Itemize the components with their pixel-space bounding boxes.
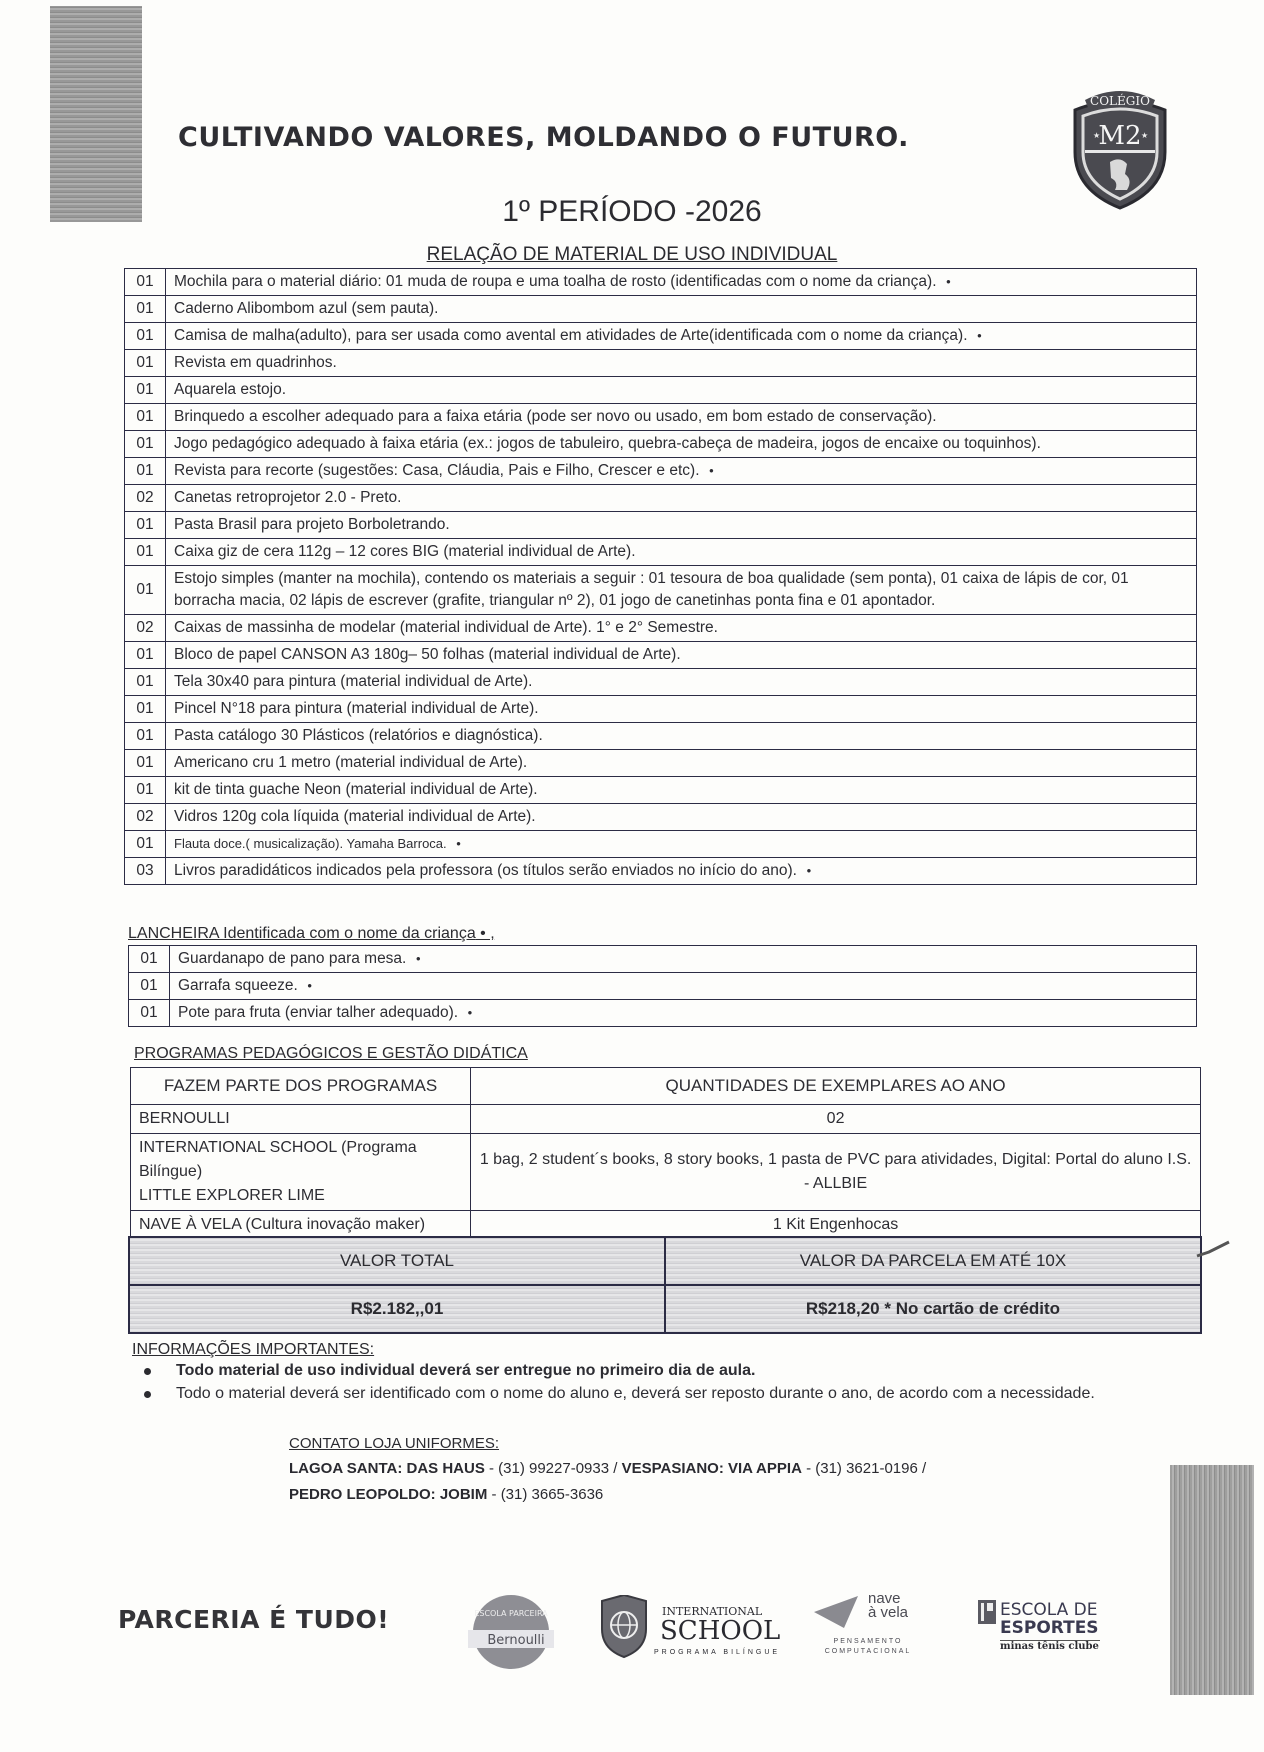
contact-line-2: PEDRO LEOPOLDO: JOBIM - (31) 3665-3636 xyxy=(289,1486,603,1503)
svg-text:★: ★ xyxy=(1141,131,1148,140)
table-row: 01Mochila para o material diário: 01 mud… xyxy=(125,269,1197,296)
item-description: Caixa giz de cera 112g – 12 cores BIG (m… xyxy=(166,539,1197,566)
item-description: Vidros 120g cola líquida (material indiv… xyxy=(166,804,1197,831)
programs-header-quantity: QUANTIDADES DE EXEMPLARES AO ANO xyxy=(471,1068,1201,1105)
svg-text:ESCOLA PARCEIRA: ESCOLA PARCEIRA xyxy=(474,1609,548,1618)
item-quantity: 01 xyxy=(125,642,166,669)
item-quantity: 01 xyxy=(125,350,166,377)
table-row: 01Pote para fruta (enviar talher adequad… xyxy=(129,1000,1197,1027)
lunchbox-table: 01Guardanapo de pano para mesa.01Garrafa… xyxy=(128,945,1197,1027)
item-description: Tela 30x40 para pintura (material indivi… xyxy=(166,669,1197,696)
bernoulli-partner-logo: ESCOLA PARCEIRA Bernoulli xyxy=(462,1592,560,1672)
svg-text:Bernoulli: Bernoulli xyxy=(487,1633,544,1648)
scan-artifact-left xyxy=(50,6,142,222)
program-quantity: 1 bag, 2 student´s books, 8 story books,… xyxy=(471,1134,1201,1211)
colegio-m2-crest-logo: COLÉGIO M2 ★ ★ xyxy=(1055,82,1185,212)
table-row: 01Garrafa squeeze. xyxy=(129,973,1197,1000)
paper-plane-icon xyxy=(814,1596,858,1628)
table-row: 01Caderno Alibombom azul (sem pauta). xyxy=(125,296,1197,323)
table-row: 01Pincel N°18 para pintura (material ind… xyxy=(125,696,1197,723)
item-quantity: 01 xyxy=(125,512,166,539)
item-quantity: 01 xyxy=(125,723,166,750)
table-row: 01Revista para recorte (sugestões: Casa,… xyxy=(125,458,1197,485)
item-quantity: 01 xyxy=(125,377,166,404)
table-row: 01kit de tinta guache Neon (material ind… xyxy=(125,777,1197,804)
table-row: 01Guardanapo de pano para mesa. xyxy=(129,946,1197,973)
table-row: 01Caixa giz de cera 112g – 12 cores BIG … xyxy=(125,539,1197,566)
table-row: 01Estojo simples (manter na mochila), co… xyxy=(125,566,1197,615)
svg-text:M2: M2 xyxy=(1098,121,1141,151)
contact-line-1: LAGOA SANTA: DAS HAUS - (31) 99227-0933 … xyxy=(289,1460,926,1477)
item-description: Pincel N°18 para pintura (material indiv… xyxy=(166,696,1197,723)
table-row: 01Jogo pedagógico adequado à faixa etári… xyxy=(125,431,1197,458)
globe-shield-icon xyxy=(598,1595,650,1659)
table-row: 01Aquarela estojo. xyxy=(125,377,1197,404)
program-name: INTERNATIONAL SCHOOL (Programa Bilíngue)… xyxy=(131,1134,471,1211)
programs-header-name: FAZEM PARTE DOS PROGRAMAS xyxy=(131,1068,471,1105)
item-description: Bloco de papel CANSON A3 180g– 50 folhas… xyxy=(166,642,1197,669)
table-row: 01Flauta doce.( musicalização). Yamaha B… xyxy=(125,831,1197,858)
item-description: Camisa de malha(adulto), para ser usada … xyxy=(166,323,1197,350)
item-quantity: 01 xyxy=(125,404,166,431)
info-item: Todo material de uso individual deverá s… xyxy=(142,1360,1142,1381)
item-quantity: 01 xyxy=(125,696,166,723)
table-row: 01Brinquedo a escolher adequado para a f… xyxy=(125,404,1197,431)
item-quantity: 01 xyxy=(129,973,170,1000)
contact-title: CONTATO LOJA UNIFORMES: xyxy=(289,1435,499,1452)
programs-table: FAZEM PARTE DOS PROGRAMAS QUANTIDADES DE… xyxy=(130,1067,1201,1240)
item-quantity: 02 xyxy=(125,615,166,642)
program-name: BERNOULLI xyxy=(131,1105,471,1134)
item-description: Americano cru 1 metro (material individu… xyxy=(166,750,1197,777)
item-quantity: 01 xyxy=(125,296,166,323)
svg-text:★: ★ xyxy=(1093,131,1100,140)
item-description: Mochila para o material diário: 01 muda … xyxy=(166,269,1197,296)
item-quantity: 01 xyxy=(125,750,166,777)
item-description: Pasta catálogo 30 Plásticos (relatórios … xyxy=(166,723,1197,750)
svg-text:COLÉGIO: COLÉGIO xyxy=(1090,93,1150,108)
installment-label: VALOR DA PARCELA EM ATÉ 10X xyxy=(665,1237,1201,1285)
item-quantity: 01 xyxy=(125,669,166,696)
item-description: Pasta Brasil para projeto Borboletrando. xyxy=(166,512,1197,539)
item-description: Jogo pedagógico adequado à faixa etária … xyxy=(166,431,1197,458)
item-quantity: 01 xyxy=(125,323,166,350)
footer-slogan: PARCERIA É TUDO! xyxy=(118,1605,389,1634)
table-row: 02Caixas de massinha de modelar (materia… xyxy=(125,615,1197,642)
item-quantity: 01 xyxy=(125,431,166,458)
item-description: Flauta doce.( musicalização). Yamaha Bar… xyxy=(166,831,1197,858)
item-description: Revista em quadrinhos. xyxy=(166,350,1197,377)
item-description: Brinquedo a escolher adequado para a fai… xyxy=(166,404,1197,431)
item-description: Caixas de massinha de modelar (material … xyxy=(166,615,1197,642)
item-quantity: 01 xyxy=(125,458,166,485)
info-item: Todo o material deverá ser identificado … xyxy=(142,1383,1142,1404)
table-row: 01Tela 30x40 para pintura (material indi… xyxy=(125,669,1197,696)
item-quantity: 02 xyxy=(125,804,166,831)
materials-table: 01Mochila para o material diário: 01 mud… xyxy=(124,268,1197,885)
minas-tenis-emblem-icon xyxy=(978,1600,996,1624)
nave-a-vela-partner-logo: nave à vela PENSAMENTO COMPUTACIONAL xyxy=(808,1590,928,1670)
table-row: 01Pasta Brasil para projeto Borboletrand… xyxy=(125,512,1197,539)
item-quantity: 01 xyxy=(125,566,166,615)
table-row: 01Americano cru 1 metro (material indivi… xyxy=(125,750,1197,777)
table-row: 03Livros paradidáticos indicados pela pr… xyxy=(125,858,1197,885)
info-list: Todo material de uso individual deverá s… xyxy=(142,1358,1142,1404)
table-row: 01Camisa de malha(adulto), para ser usad… xyxy=(125,323,1197,350)
header-slogan: CULTIVANDO VALORES, MOLDANDO O FUTURO. xyxy=(178,122,909,153)
table-row: 02Vidros 120g cola líquida (material ind… xyxy=(125,804,1197,831)
escola-de-esportes-partner-logo: ESCOLA DE ESPORTES minas tênis clube xyxy=(978,1598,1113,1668)
scan-artifact-right xyxy=(1170,1465,1254,1695)
table-row: 01Revista em quadrinhos. xyxy=(125,350,1197,377)
item-quantity: 03 xyxy=(125,858,166,885)
item-quantity: 02 xyxy=(125,485,166,512)
pen-scribble-mark xyxy=(1195,1240,1231,1260)
item-quantity: 01 xyxy=(125,539,166,566)
info-title: INFORMAÇÕES IMPORTANTES: xyxy=(132,1341,374,1359)
item-description: Pote para fruta (enviar talher adequado)… xyxy=(170,1000,1197,1027)
item-description: Garrafa squeeze. xyxy=(170,973,1197,1000)
lunchbox-title: LANCHEIRA Identificada com o nome da cri… xyxy=(128,925,495,943)
installment-value: R$218,20 * No cartão de crédito xyxy=(665,1285,1201,1333)
section-title: RELAÇÃO DE MATERIAL DE USO INDIVIDUAL xyxy=(0,244,1264,266)
item-description: Aquarela estojo. xyxy=(166,377,1197,404)
international-school-partner-logo: INTERNATIONAL SCHOOL PROGRAMA BILÍNGUE xyxy=(598,1593,798,1663)
programs-title: PROGRAMAS PEDAGÓGICOS E GESTÃO DIDÁTICA xyxy=(134,1045,528,1063)
total-label: VALOR TOTAL xyxy=(129,1237,665,1285)
item-quantity: 01 xyxy=(129,1000,170,1027)
item-quantity: 01 xyxy=(125,831,166,858)
table-row: 01Pasta catálogo 30 Plásticos (relatório… xyxy=(125,723,1197,750)
table-row: 01Bloco de papel CANSON A3 180g– 50 folh… xyxy=(125,642,1197,669)
table-row: 02Canetas retroprojetor 2.0 - Preto. xyxy=(125,485,1197,512)
program-quantity: 02 xyxy=(471,1105,1201,1134)
item-description: Canetas retroprojetor 2.0 - Preto. xyxy=(166,485,1197,512)
item-description: Caderno Alibombom azul (sem pauta). xyxy=(166,296,1197,323)
period-title: 1º PERÍODO -2026 xyxy=(0,195,1264,229)
table-row: BERNOULLI 02 xyxy=(131,1105,1201,1134)
item-quantity: 01 xyxy=(125,269,166,296)
item-quantity: 01 xyxy=(129,946,170,973)
item-description: Livros paradidáticos indicados pela prof… xyxy=(166,858,1197,885)
item-description: Estojo simples (manter na mochila), cont… xyxy=(166,566,1197,615)
item-description: Revista para recorte (sugestões: Casa, C… xyxy=(166,458,1197,485)
total-value: R$2.182,,01 xyxy=(129,1285,665,1333)
item-description: kit de tinta guache Neon (material indiv… xyxy=(166,777,1197,804)
item-description: Guardanapo de pano para mesa. xyxy=(170,946,1197,973)
item-quantity: 01 xyxy=(125,777,166,804)
table-row: INTERNATIONAL SCHOOL (Programa Bilíngue)… xyxy=(131,1134,1201,1211)
values-table: VALOR TOTAL VALOR DA PARCELA EM ATÉ 10X … xyxy=(128,1236,1202,1334)
